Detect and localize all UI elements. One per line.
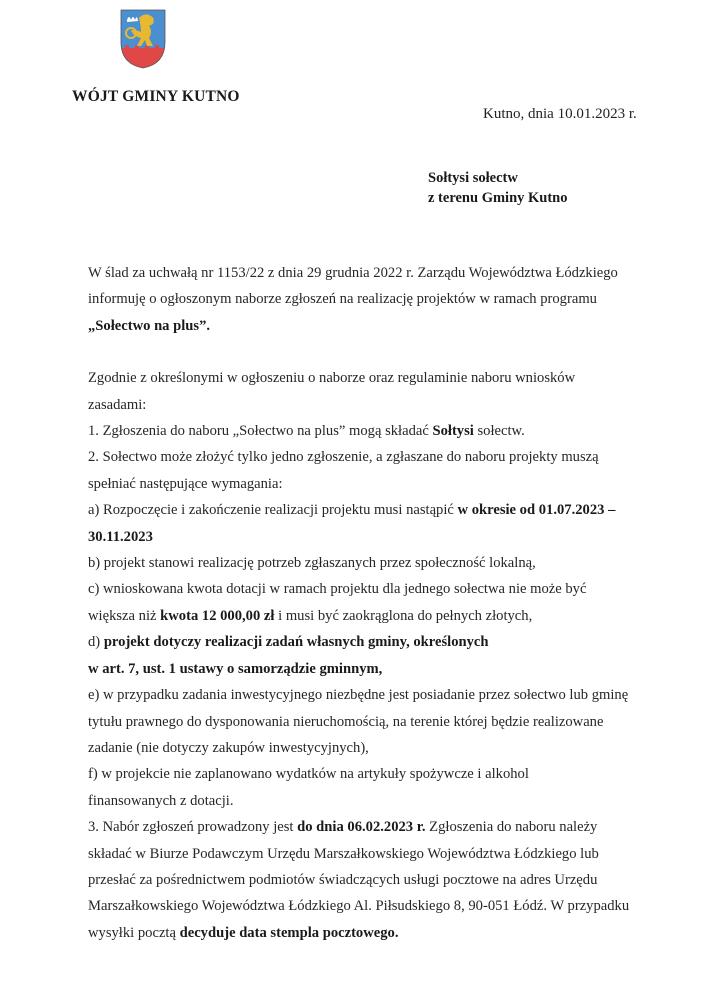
text-line: c) wnioskowana kwota dotacji w ramach pr… bbox=[88, 576, 668, 602]
text: i musi być zaokrąglona do pełnych złotyc… bbox=[274, 608, 532, 624]
coat-of-arms-lion-icon bbox=[119, 8, 167, 70]
text-line: 1. Zgłoszenia do naboru „Sołectwo na plu… bbox=[88, 418, 668, 444]
text: e) w przypadku zadania inwestycyjnego ni… bbox=[88, 687, 628, 703]
text: większa niż bbox=[88, 608, 160, 624]
text-line: składać w Biurze Podawczym Urzędu Marsza… bbox=[88, 841, 668, 867]
text-line: większa niż kwota 12 000,00 zł i musi by… bbox=[88, 603, 668, 629]
text-line: 30.11.2023 bbox=[88, 524, 668, 550]
text: b) projekt stanowi realizację potrzeb zg… bbox=[88, 555, 536, 571]
recipient-block: Sołtysi sołectw z terenu Gminy Kutno bbox=[428, 168, 568, 208]
text-line: finansowanych z dotacji. bbox=[88, 788, 668, 814]
text: przesłać za pośrednictwem podmiotów świa… bbox=[88, 872, 597, 888]
text-line: przesłać za pośrednictwem podmiotów świa… bbox=[88, 867, 668, 893]
text-line: e) w przypadku zadania inwestycyjnego ni… bbox=[88, 682, 668, 708]
document-date: Kutno, dnia 10.01.2023 r. bbox=[483, 106, 637, 123]
text-line: f) w projekcie nie zaplanowano wydatków … bbox=[88, 761, 668, 787]
text: spełniać następujące wymagania: bbox=[88, 476, 283, 492]
bold-text: „Sołectwo na plus”. bbox=[88, 318, 210, 334]
text: finansowanych z dotacji. bbox=[88, 793, 233, 809]
paragraph-gap bbox=[88, 339, 668, 365]
bold-text: decyduje data stempla pocztowego. bbox=[180, 925, 399, 941]
text-line: d) projekt dotyczy realizacji zadań włas… bbox=[88, 629, 668, 655]
text: 1. Zgłoszenia do naboru „Sołectwo na plu… bbox=[88, 423, 432, 439]
bold-text: do dnia 06.02.2023 r. bbox=[297, 819, 425, 835]
text-line: 2. Sołectwo może złożyć tylko jedno zgło… bbox=[88, 444, 668, 470]
text: f) w projekcie nie zaplanowano wydatków … bbox=[88, 766, 529, 782]
bold-text: w art. 7, ust. 1 ustawy o samorządzie gm… bbox=[88, 661, 382, 677]
text: 3. Nabór zgłoszeń prowadzony jest bbox=[88, 819, 297, 835]
letter-body: W ślad za uchwałą nr 1153/22 z dnia 29 g… bbox=[88, 260, 668, 946]
text: informuję o ogłoszonym naborze zgłoszeń … bbox=[88, 291, 597, 307]
text-line: w art. 7, ust. 1 ustawy o samorządzie gm… bbox=[88, 656, 668, 682]
text: zadanie (nie dotyczy zakupów inwestycyjn… bbox=[88, 740, 369, 756]
text-line: a) Rozpoczęcie i zakończenie realizacji … bbox=[88, 497, 668, 523]
text: Marszałkowskiego Województwa Łódzkiego A… bbox=[88, 898, 629, 914]
text-line: Marszałkowskiego Województwa Łódzkiego A… bbox=[88, 893, 668, 919]
text-line: b) projekt stanowi realizację potrzeb zg… bbox=[88, 550, 668, 576]
bold-text: Sołtysi bbox=[432, 423, 473, 439]
text: tytułu prawnego do dysponowania nierucho… bbox=[88, 714, 603, 730]
text-line: informuję o ogłoszonym naborze zgłoszeń … bbox=[88, 286, 668, 312]
text-line: tytułu prawnego do dysponowania nierucho… bbox=[88, 709, 668, 735]
text: zasadami: bbox=[88, 397, 146, 413]
text: a) Rozpoczęcie i zakończenie realizacji … bbox=[88, 502, 458, 518]
text-line: zasadami: bbox=[88, 392, 668, 418]
text-line: zadanie (nie dotyczy zakupów inwestycyjn… bbox=[88, 735, 668, 761]
text: sołectw. bbox=[474, 423, 525, 439]
bold-text: w okresie od 01.07.2023 – bbox=[458, 502, 616, 518]
bold-text: 30.11.2023 bbox=[88, 529, 153, 545]
intro-paragraph: W ślad za uchwałą nr 1153/22 z dnia 29 g… bbox=[88, 260, 668, 339]
text: c) wnioskowana kwota dotacji w ramach pr… bbox=[88, 581, 586, 597]
bold-text: kwota 12 000,00 zł bbox=[160, 608, 274, 624]
text: 2. Sołectwo może złożyć tylko jedno zgło… bbox=[88, 449, 599, 465]
text: wysyłki pocztą bbox=[88, 925, 180, 941]
recipient-line: Sołtysi sołectw bbox=[428, 168, 568, 188]
text: Zgodnie z określonymi w ogłoszeniu o nab… bbox=[88, 370, 575, 386]
text: Zgłoszenia do naboru należy bbox=[426, 819, 598, 835]
text-line: Zgodnie z określonymi w ogłoszeniu o nab… bbox=[88, 365, 668, 391]
text-line: wysyłki pocztą decyduje data stempla poc… bbox=[88, 920, 668, 946]
text: d) bbox=[88, 634, 104, 650]
text-line: 3. Nabór zgłoszeń prowadzony jest do dni… bbox=[88, 814, 668, 840]
text-line: W ślad za uchwałą nr 1153/22 z dnia 29 g… bbox=[88, 260, 668, 286]
text-line: „Sołectwo na plus”. bbox=[88, 313, 668, 339]
rules-paragraph: Zgodnie z określonymi w ogłoszeniu o nab… bbox=[88, 365, 668, 946]
recipient-line: z terenu Gminy Kutno bbox=[428, 188, 568, 208]
text: składać w Biurze Podawczym Urzędu Marsza… bbox=[88, 846, 599, 862]
issuer-heading: WÓJT GMINY KUTNO bbox=[72, 88, 240, 106]
bold-text: projekt dotyczy realizacji zadań własnyc… bbox=[104, 634, 489, 650]
text: W ślad za uchwałą nr 1153/22 z dnia 29 g… bbox=[88, 265, 618, 281]
text-line: spełniać następujące wymagania: bbox=[88, 471, 668, 497]
